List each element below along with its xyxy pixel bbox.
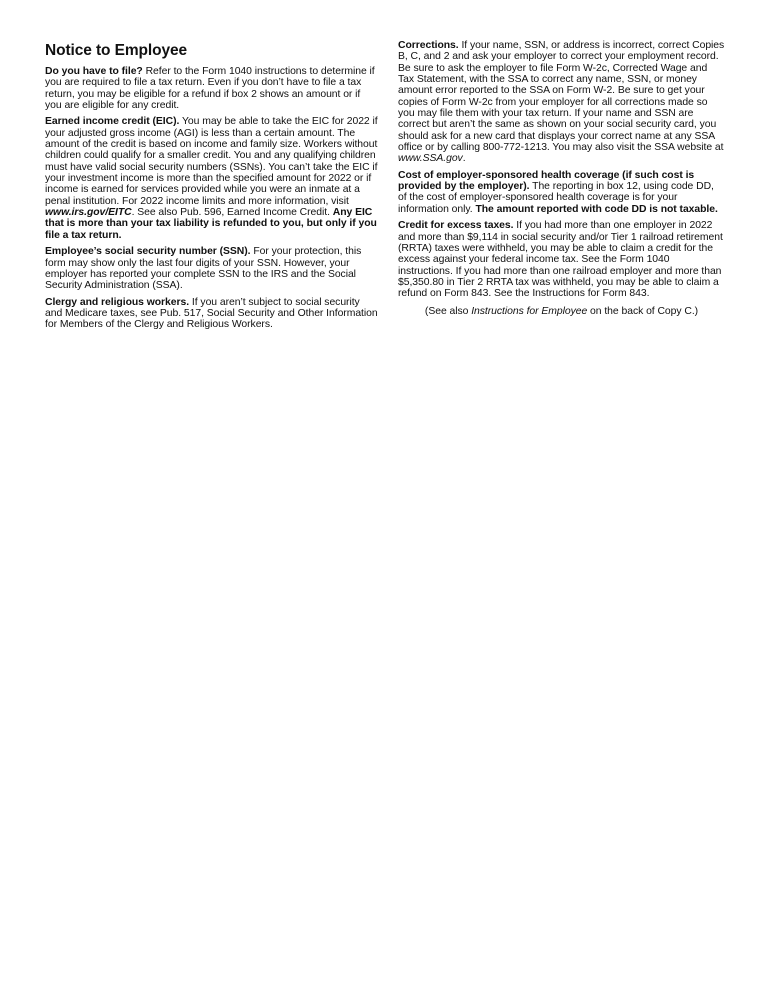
paragraph-text: If you had more than one employer in 202… <box>398 220 723 299</box>
paragraph-heading: Earned income credit (EIC). <box>45 116 179 127</box>
paragraph-text: . <box>463 153 466 164</box>
see-also-prefix: (See also <box>425 306 471 317</box>
paragraph-heading: Employee’s social security number (SSN). <box>45 246 251 257</box>
paragraph-clergy-workers: Clergy and religious workers. If you are… <box>45 297 378 331</box>
eitc-link[interactable]: www.irs.gov/EITC <box>45 207 132 218</box>
page-title: Notice to Employee <box>45 41 378 61</box>
right-column: Corrections. If your name, SSN, or addre… <box>398 40 725 322</box>
see-also-reference: Instructions for Employee <box>471 306 587 317</box>
paragraph-employee-ssn: Employee’s social security number (SSN).… <box>45 246 378 291</box>
paragraph-heading: Credit for excess taxes. <box>398 220 513 231</box>
paragraph-text: You may be able to take the EIC for 2022… <box>45 116 378 206</box>
paragraph-excess-taxes: Credit for excess taxes. If you had more… <box>398 220 725 299</box>
paragraph-heading: Do you have to file? <box>45 66 143 77</box>
see-also-note: (See also Instructions for Employee on t… <box>398 306 725 317</box>
paragraph-text: If your name, SSN, or address is incorre… <box>398 40 724 153</box>
paragraph-text: . See also Pub. 596, Earned Income Credi… <box>132 207 333 218</box>
see-also-suffix: on the back of Copy C.) <box>587 306 698 317</box>
paragraph-health-coverage: Cost of employer-sponsored health covera… <box>398 170 725 215</box>
paragraph-bold-note: The amount reported with code DD is not … <box>475 204 717 215</box>
paragraph-heading: Corrections. <box>398 40 459 51</box>
paragraph-earned-income-credit: Earned income credit (EIC). You may be a… <box>45 116 378 241</box>
left-column: Notice to Employee Do you have to file? … <box>45 40 378 336</box>
paragraph-do-you-have-to-file: Do you have to file? Refer to the Form 1… <box>45 66 378 111</box>
ssa-website-link[interactable]: www.SSA.gov <box>398 153 463 164</box>
paragraph-heading: Clergy and religious workers. <box>45 297 189 308</box>
paragraph-corrections: Corrections. If your name, SSN, or addre… <box>398 40 725 165</box>
